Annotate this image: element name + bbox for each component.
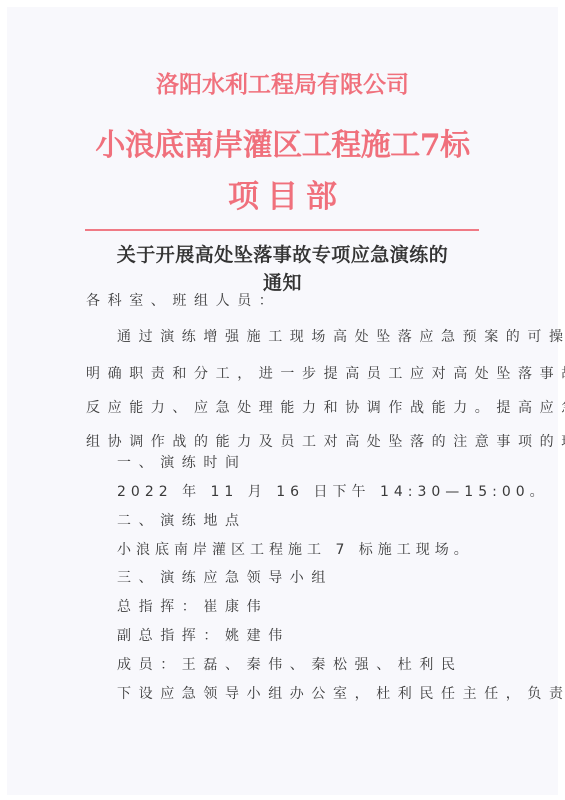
section-content-location: 小浪底南岸灌区工程施工 7 标施工现场。	[117, 540, 473, 560]
notice-title-line2: 通知	[0, 269, 565, 297]
salutation: 各科室、班组人员：	[86, 291, 280, 311]
letterhead-department: 项目部	[0, 175, 565, 219]
section-heading-time: 一、演练时间	[117, 453, 247, 473]
leadership-office: 下设应急领导小组办公室，杜利民任主任，负责现场演	[117, 684, 565, 704]
notice-title-line1: 关于开展高处坠落事故专项应急演练的	[0, 241, 565, 269]
letterhead-company: 洛阳水利工程局有限公司	[0, 68, 565, 102]
paragraph-line: 组协调作战的能力及员工对高处坠落的注意事项的理解。	[86, 432, 565, 452]
paragraph-line: 明确职责和分工，进一步提高员工应对高处坠落事故的快速	[86, 364, 565, 384]
paragraph-line: 通过演练增强施工现场高处坠落应急预案的可操作性，	[117, 327, 565, 347]
section-content-time: 2022 年 11 月 16 日下午 14:30—15:00。	[117, 482, 549, 502]
section-heading-leadership: 三、演练应急领导小组	[117, 568, 333, 588]
leadership-deputy-commander: 副总指挥：姚建伟	[117, 626, 290, 646]
section-heading-location: 二、演练地点	[117, 511, 247, 531]
letterhead-project: 小浪底南岸灌区工程施工7标	[0, 124, 565, 168]
leadership-commander: 总指挥：崔康伟	[117, 597, 268, 617]
letterhead-divider	[85, 229, 479, 231]
leadership-members: 成员：王磊、秦伟、秦松强、杜利民	[117, 655, 463, 675]
paragraph-line: 反应能力、应急处理能力和协调作战能力。提高应急救援小	[86, 398, 565, 418]
